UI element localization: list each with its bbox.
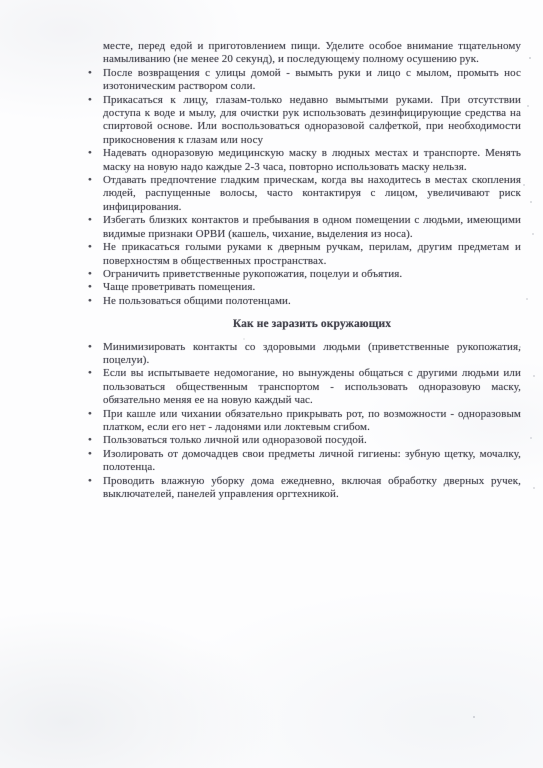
section-heading: Как не заразить окружающих	[103, 318, 521, 331]
document-page: месте, перед едой и приготовлением пищи.…	[0, 0, 543, 768]
bullet-icon: •	[88, 268, 92, 281]
bullet-icon: •	[88, 174, 92, 187]
bullet-icon: •	[88, 434, 92, 447]
list-item: • Надевать одноразовую медицинскую маску…	[103, 147, 521, 174]
bullet-icon: •	[88, 281, 92, 294]
list-item-text: Надевать одноразовую медицинскую маску в…	[103, 147, 521, 172]
list-item-text: Прикасаться к лицу, глазам-только недавн…	[103, 94, 521, 146]
list-item-text: Не пользоваться общими полотенцами.	[103, 295, 291, 307]
list-item: • Ограничить приветственные рукопожатия,…	[103, 268, 521, 281]
list-item-text: Избегать близких контактов и пребывания …	[103, 214, 521, 239]
list-item: • Не пользоваться общими полотенцами.	[103, 295, 521, 308]
list-item: • Чаще проветривать помещения.	[103, 281, 521, 294]
list-item-text: Проводить влажную уборку дома ежедневно,…	[103, 475, 521, 500]
list-item-text: Если вы испытываете недомогание, но выну…	[103, 367, 521, 406]
bullet-icon: •	[88, 94, 92, 107]
list-item-text: Минимизировать контакты со здоровыми люд…	[103, 341, 521, 366]
paragraph-continuation: месте, перед едой и приготовлением пищи.…	[103, 40, 521, 67]
prevention-list: • После возвращения с улицы домой - вымы…	[103, 67, 521, 308]
bullet-icon: •	[88, 475, 92, 488]
list-item: • Минимизировать контакты со здоровыми л…	[103, 341, 521, 368]
list-item: • Прикасаться к лицу, глазам-только неда…	[103, 94, 521, 148]
list-item-text: После возвращения с улицы домой - вымыть…	[103, 67, 521, 92]
list-item-text: Пользоваться только личной или одноразов…	[103, 434, 367, 446]
list-item-text: При кашле или чихании обязательно прикры…	[103, 408, 521, 433]
list-item-text: Отдавать предпочтение гладким прическам,…	[103, 174, 521, 213]
list-item: • При кашле или чихании обязательно прик…	[103, 408, 521, 435]
bullet-icon: •	[88, 147, 92, 160]
scan-noise-specks	[0, 0, 2, 2]
list-item: • Если вы испытываете недомогание, но вы…	[103, 367, 521, 407]
list-item: • Проводить влажную уборку дома ежедневн…	[103, 475, 521, 502]
bullet-icon: •	[88, 241, 92, 254]
list-item: • Не прикасаться голыми руками к дверным…	[103, 241, 521, 268]
list-item-text: Ограничить приветственные рукопожатия, п…	[103, 268, 402, 280]
bullet-icon: •	[88, 448, 92, 461]
protect-others-list: • Минимизировать контакты со здоровыми л…	[103, 341, 521, 502]
list-item-text: Чаще проветривать помещения.	[103, 281, 255, 293]
bullet-icon: •	[88, 214, 92, 227]
list-item-text: Не прикасаться голыми руками к дверным р…	[103, 241, 521, 266]
list-item-text: Изолировать от домочадцев свои предметы …	[103, 448, 521, 473]
bullet-icon: •	[88, 367, 92, 380]
bullet-icon: •	[88, 295, 92, 308]
bullet-icon: •	[88, 408, 92, 421]
list-item: • Отдавать предпочтение гладким прическа…	[103, 174, 521, 214]
list-item: • Избегать близких контактов и пребывани…	[103, 214, 521, 241]
bullet-icon: •	[88, 67, 92, 80]
list-item: • После возвращения с улицы домой - вымы…	[103, 67, 521, 94]
document-body: месте, перед едой и приготовлением пищи.…	[103, 40, 521, 501]
list-item: • Пользоваться только личной или однораз…	[103, 434, 521, 447]
bullet-icon: •	[88, 341, 92, 354]
list-item: • Изолировать от домочадцев свои предмет…	[103, 448, 521, 475]
